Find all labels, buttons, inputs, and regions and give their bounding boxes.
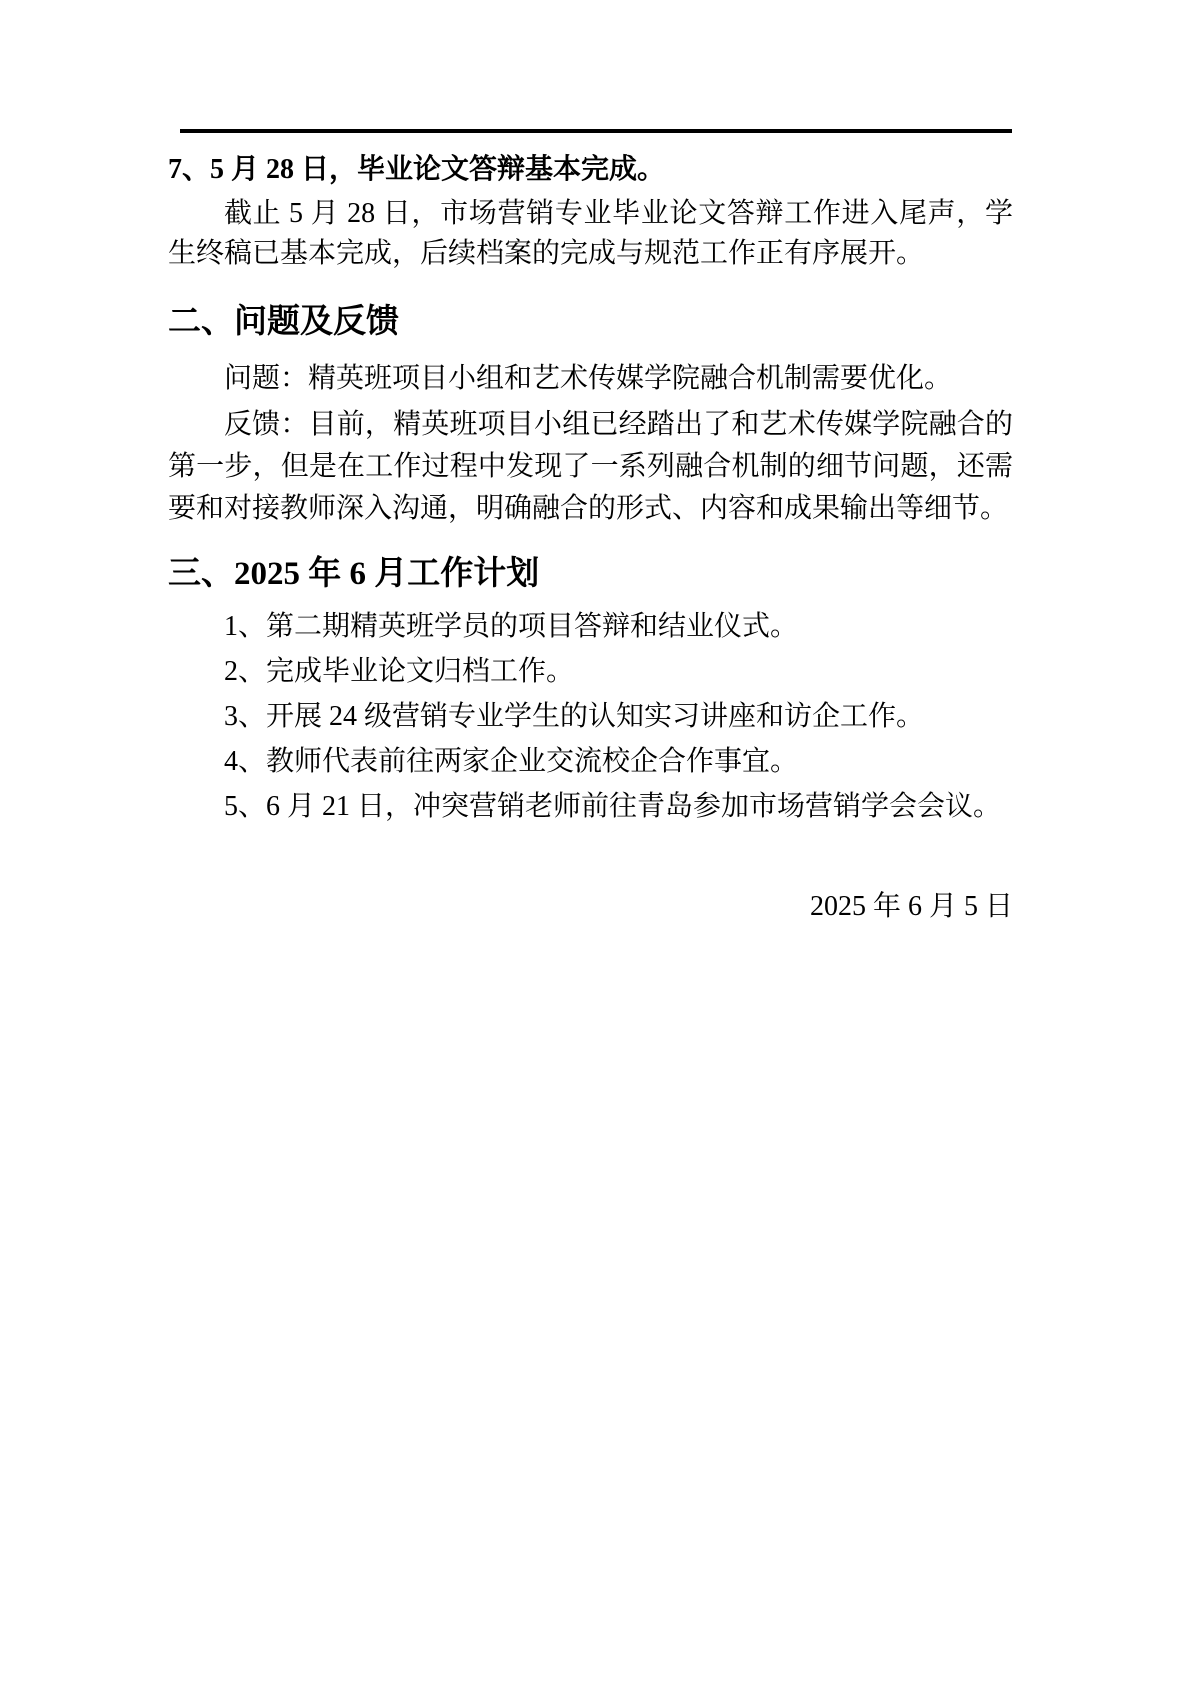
plan-item-5: 5、6 月 21 日，冲突营销老师前往青岛参加市场营销学会会议。 (168, 784, 1013, 829)
section3-heading: 三、2025 年 6 月工作计划 (168, 552, 1013, 596)
page-header-divider-line (180, 129, 1012, 133)
item7-heading: 7、5 月 28 日，毕业论文答辩基本完成。 (168, 150, 1013, 190)
section2-problem-paragraph: 问题：精英班项目小组和艺术传媒学院融合机制需要优化。 (168, 358, 1013, 400)
document-date: 2025 年 6 月 5 日 (168, 887, 1013, 927)
plan-item-2: 2、完成毕业论文归档工作。 (168, 649, 1013, 694)
section2-heading: 二、问题及反馈 (168, 300, 1013, 344)
plan-item-1: 1、第二期精英班学员的项目答辩和结业仪式。 (168, 604, 1013, 649)
document-page: 7、5 月 28 日，毕业论文答辩基本完成。 截止 5 月 28 日，市场营销专… (0, 0, 1190, 1683)
section3-plan-list: 1、第二期精英班学员的项目答辩和结业仪式。 2、完成毕业论文归档工作。 3、开展… (168, 604, 1013, 829)
document-content: 7、5 月 28 日，毕业论文答辩基本完成。 截止 5 月 28 日，市场营销专… (168, 142, 1013, 927)
plan-item-4: 4、教师代表前往两家企业交流校企合作事宜。 (168, 739, 1013, 784)
item7-paragraph: 截止 5 月 28 日，市场营销专业毕业论文答辩工作进入尾声，学生终稿已基本完成… (168, 194, 1013, 274)
section2-feedback-paragraph: 反馈：目前，精英班项目小组已经踏出了和艺术传媒学院融合的第一步，但是在工作过程中… (168, 404, 1013, 530)
plan-item-3: 3、开展 24 级营销专业学生的认知实习讲座和访企工作。 (168, 694, 1013, 739)
